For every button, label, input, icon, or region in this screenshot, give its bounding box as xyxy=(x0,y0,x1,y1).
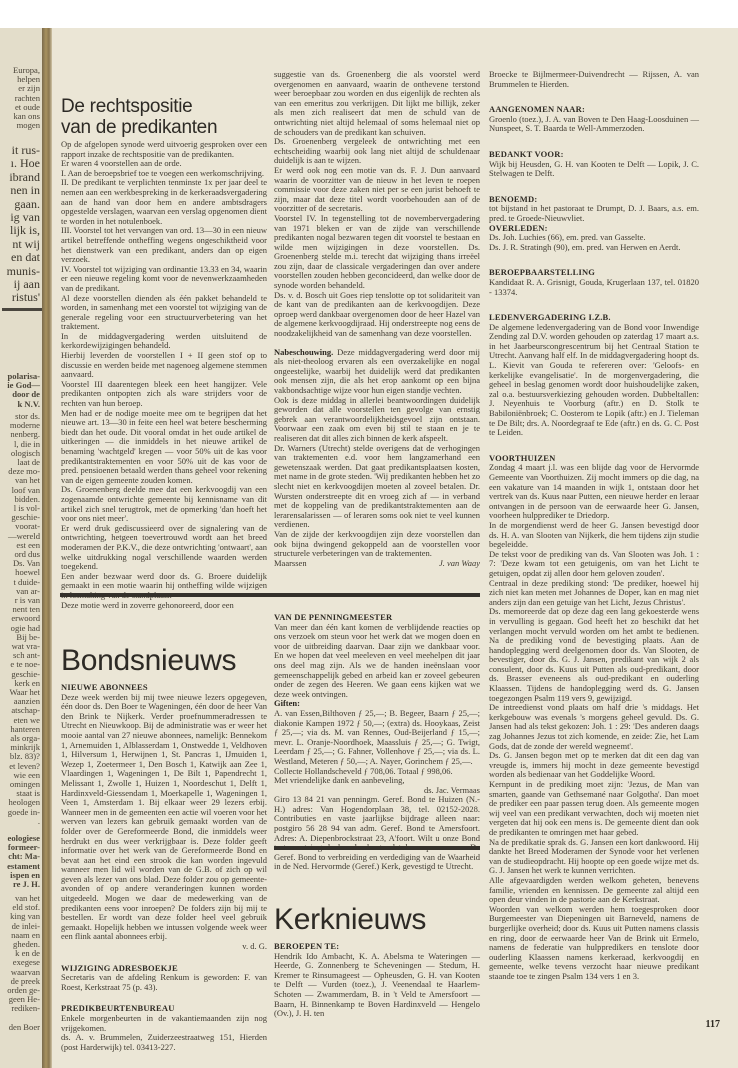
previous-page-text-fragment: ristus' xyxy=(12,291,40,304)
previous-page-text-fragment: en dat xyxy=(11,251,40,264)
previous-page-text-fragment: nt wij xyxy=(12,238,40,251)
bondsnieuws-section: Bondsnieuws NIEUWE ABONNEES Deze week we… xyxy=(61,645,267,1052)
article-body-col1: Op de afgelopen synode werd uitvoerig ge… xyxy=(61,140,267,610)
article-paragraph: Ook is deze middag in allerlei beantwoor… xyxy=(274,396,480,444)
previous-page-text-fragment: ig van xyxy=(10,211,40,224)
column-1-article: De rechtspositie van de predikanten Op d… xyxy=(61,96,267,610)
article-paragraph: Dr. Warners (Utrecht) stelde overigens d… xyxy=(274,444,480,530)
previous-page-text-fragment: . xyxy=(38,817,40,826)
voorthuizen-paragraph: In de morgendienst werd de heer G. Janse… xyxy=(489,521,699,550)
penningmeester-intro: Van meer dan één kant komen de verblijde… xyxy=(274,623,480,700)
article-paragraph: Al deze voorstellen dienden als één pakk… xyxy=(61,294,267,332)
magazine-page: De rechtspositie van de predikanten Op d… xyxy=(52,28,738,1068)
nieuwe-abonnees-text: Deze week werden bij mij twee nieuwe lez… xyxy=(61,693,267,942)
overleden-line-2: Ds. J. R. Stratingh (90), em. pred. van … xyxy=(489,243,699,253)
giften-list: A. van Essen,Bilthoven ƒ 25,—; B. Begeer… xyxy=(274,709,480,767)
previous-page-text-fragment: it rus- xyxy=(12,144,40,157)
bondsnieuws-title: Bondsnieuws xyxy=(61,645,267,677)
predikbeurtenbureau-text: Enkele morgenbeurten in de vakantiemaand… xyxy=(61,1014,267,1033)
article-paragraph: In de middagvergadering werden uitsluite… xyxy=(61,332,267,351)
article-paragraph: IV. Voorstel tot wijziging van ordinanti… xyxy=(61,265,267,294)
article-paragraph: Van de zijde der kerkvoogdijen zijn deze… xyxy=(274,530,480,559)
voorthuizen-paragraph: Alle afgevaardigden werden welkom gehete… xyxy=(489,876,699,905)
previous-page-text-fragment: ibrand xyxy=(9,171,40,184)
beroepbaarstelling-text: Kandidaat R. A. Grisnigt, Gouda, Krugerl… xyxy=(489,278,699,297)
giften-label: Giften: xyxy=(274,698,300,708)
previous-page-text-fragment: k N.V. xyxy=(17,400,40,409)
article-paragraph: Ds. Groenenberg deelde mee dat een kerkv… xyxy=(61,485,267,523)
column-2-article: suggestie van ds. Groenenberg die als vo… xyxy=(274,70,480,568)
previous-page-text-fragment: mogen xyxy=(17,121,40,130)
previous-page-text-fragment: lijk is, xyxy=(10,224,40,237)
voorthuizen-paragraph: De intreedienst vond plaats om half drie… xyxy=(489,703,699,751)
voorthuizen-paragraph: Zondag 4 maart j.l. was een blijde dag v… xyxy=(489,463,699,521)
beroepen-text: Hendrik Ido Ambacht, K. A. Abelsma te Wa… xyxy=(274,952,480,1019)
voorthuizen-body: Zondag 4 maart j.l. was een blijde dag v… xyxy=(489,463,699,981)
title-line-2: van de predikanten xyxy=(61,117,217,138)
article-paragraph: Ds. v. d. Bosch uit Goes riep tenslotte … xyxy=(274,291,480,339)
voorthuizen-paragraph: Ds. memoreerde dat op deze dag een lang … xyxy=(489,607,699,703)
article-paragraph: Voorstel III daarentegen bleek een heet … xyxy=(61,380,267,409)
article-signature: Maarssen J. van Waay xyxy=(274,559,480,569)
penningmeester-section: VAN DE PENNINGMEESTER Van meer dan één k… xyxy=(274,613,480,872)
previous-page-text-fragment: goede in- xyxy=(8,808,40,817)
article-paragraph: III. Voorstel tot het vervangen van ord.… xyxy=(61,226,267,264)
adresboekje-text: Secretaris van de afdeling Renkum is gew… xyxy=(61,973,267,992)
article-author: J. van Waay xyxy=(439,559,480,569)
benoemd-text: tot bijstand in het pastoraat te Drumpt,… xyxy=(489,204,699,223)
previous-page-text-fragment: rediken- xyxy=(11,1004,40,1013)
kerknieuws-section: Kerknieuws BEROEPEN TE: Hendrik Ido Amba… xyxy=(274,904,480,1019)
voorthuizen-paragraph: Kernpunt in de prediking moet zijn: 'Jez… xyxy=(489,780,699,838)
voorthuizen-paragraph: Woorden van welkom werden hem toegesprok… xyxy=(489,905,699,982)
kerknieuws-title: Kerknieuws xyxy=(274,904,480,936)
previous-page-text-fragment: nen in xyxy=(10,184,40,197)
article-paragraph: suggestie van ds. Groenenberg die als vo… xyxy=(274,70,480,137)
article-paragraph: Ds. Groenenberg vergeleek de ontwrichtin… xyxy=(274,137,480,166)
section-divider-rule-2 xyxy=(274,846,480,850)
nabeschouwing-label: Nabeschouwing. xyxy=(274,347,333,357)
title-line-1: De rechtspositie xyxy=(61,96,192,117)
article-paragraph: II. De predikant te verplichten tenminst… xyxy=(61,178,267,226)
previous-page-text-fragment: ij aan xyxy=(14,278,40,291)
article-paragraph: Men had er de nodige moeite mee om te be… xyxy=(61,409,267,486)
section-divider-rule xyxy=(60,593,480,597)
previous-page-text-fragment: den Boer xyxy=(9,1023,40,1032)
book-gutter xyxy=(42,28,52,1068)
predikbeurtenbureau-address: ds. A. v. Brummelen, Zuiderzeestraatweg … xyxy=(61,1033,267,1052)
article-paragraph: Er werd ook nog een motie van ds. F. J. … xyxy=(274,166,480,214)
previous-page-text-fragment: munis- xyxy=(7,265,40,278)
voorthuizen-paragraph: De tekst voor de prediking van ds. Van S… xyxy=(489,550,699,579)
article-place: Maarssen xyxy=(274,559,307,569)
nabeschouwing-paragraph: Nabeschouwing. Deze middagvergadering we… xyxy=(274,348,480,396)
article-body-col2: suggestie van ds. Groenenberg die als vo… xyxy=(274,70,480,339)
aangenomen-text: Groenlo (toez.), J. A. van Boven te Den … xyxy=(489,115,699,134)
beroepen-continued: Broecke te Bijlmermeer-Duivendrecht — Ri… xyxy=(489,70,699,89)
page-number: 117 xyxy=(706,1019,720,1030)
article-paragraph: Voorstel IV. In tegenstelling tot de nov… xyxy=(274,214,480,291)
penningmeester-footer: Giro 13 84 21 van penningm. Geref. Bond … xyxy=(274,795,480,872)
previous-page-rule xyxy=(2,308,42,311)
previous-page-text-fragment: ı. Hoe xyxy=(11,157,40,170)
previous-page-text-fragment: gaan. xyxy=(14,198,40,211)
article-paragraph: Op de afgelopen synode werd uitvoerig ge… xyxy=(61,140,267,159)
previous-page-text-fragment: re J. H. xyxy=(13,880,40,889)
article-paragraph: Deze motie werd in zoverre gehonoreerd, … xyxy=(61,601,267,611)
ledenvergadering-text: De algemene ledenvergadering van de Bond… xyxy=(489,323,699,438)
nieuwe-abonnees-signature: v. d. G. xyxy=(61,942,267,952)
article-body-col2b: Ook is deze middag in allerlei beantwoor… xyxy=(274,396,480,559)
bedankt-text: Wijk bij Heusden, G. H. van Kooten te De… xyxy=(489,160,699,179)
article-paragraph: Er werd druk gediscussieerd over de sign… xyxy=(61,524,267,572)
previous-page-strip: Europa,helpener zijnrachtenet oudekan on… xyxy=(0,28,42,1068)
voorthuizen-paragraph: Centraal in deze prediking stond: 'De pr… xyxy=(489,579,699,608)
voorthuizen-paragraph: Na de predikatie sprak ds. G. Jansen een… xyxy=(489,838,699,876)
column-3-kerknieuws: Broecke te Bijlmermeer-Duivendrecht — Ri… xyxy=(489,70,699,981)
article-title: De rechtspositie van de predikanten xyxy=(61,96,267,138)
article-paragraph: Hierbij leverden de voorstellen I + II g… xyxy=(61,351,267,380)
voorthuizen-paragraph: Ds. G. Jansen begon met op te merken dat… xyxy=(489,751,699,780)
